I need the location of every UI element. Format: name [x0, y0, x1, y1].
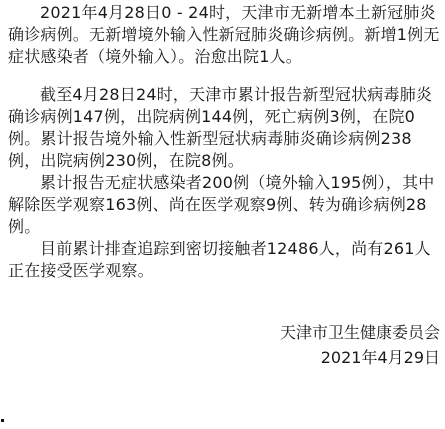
- signature-organization: 天津市卫生健康委员会: [280, 322, 440, 344]
- paragraph-daily-update: 2021年4月28日0 - 24时，天津市无新增本土新冠肺炎确诊病例。无新增境外…: [8, 2, 440, 68]
- signature-date: 2021年4月29日: [321, 347, 440, 369]
- paragraph-cumulative-confirmed: 截至4月28日24时，天津市累计报告新型冠状病毒肺炎确诊病例147例，出院病例1…: [8, 84, 440, 172]
- bullet-dot-icon: [1, 419, 4, 422]
- paragraph-close-contacts: 目前累计排查追踪到密切接触者12486人，尚有261人正在接受医学观察。: [8, 238, 440, 282]
- document-body: 2021年4月28日0 - 24时，天津市无新增本土新冠肺炎确诊病例。无新增境外…: [8, 2, 440, 282]
- paragraph-asymptomatic: 累计报告无症状感染者200例（境外输入195例），其中解除医学观察163例、尚在…: [8, 172, 440, 238]
